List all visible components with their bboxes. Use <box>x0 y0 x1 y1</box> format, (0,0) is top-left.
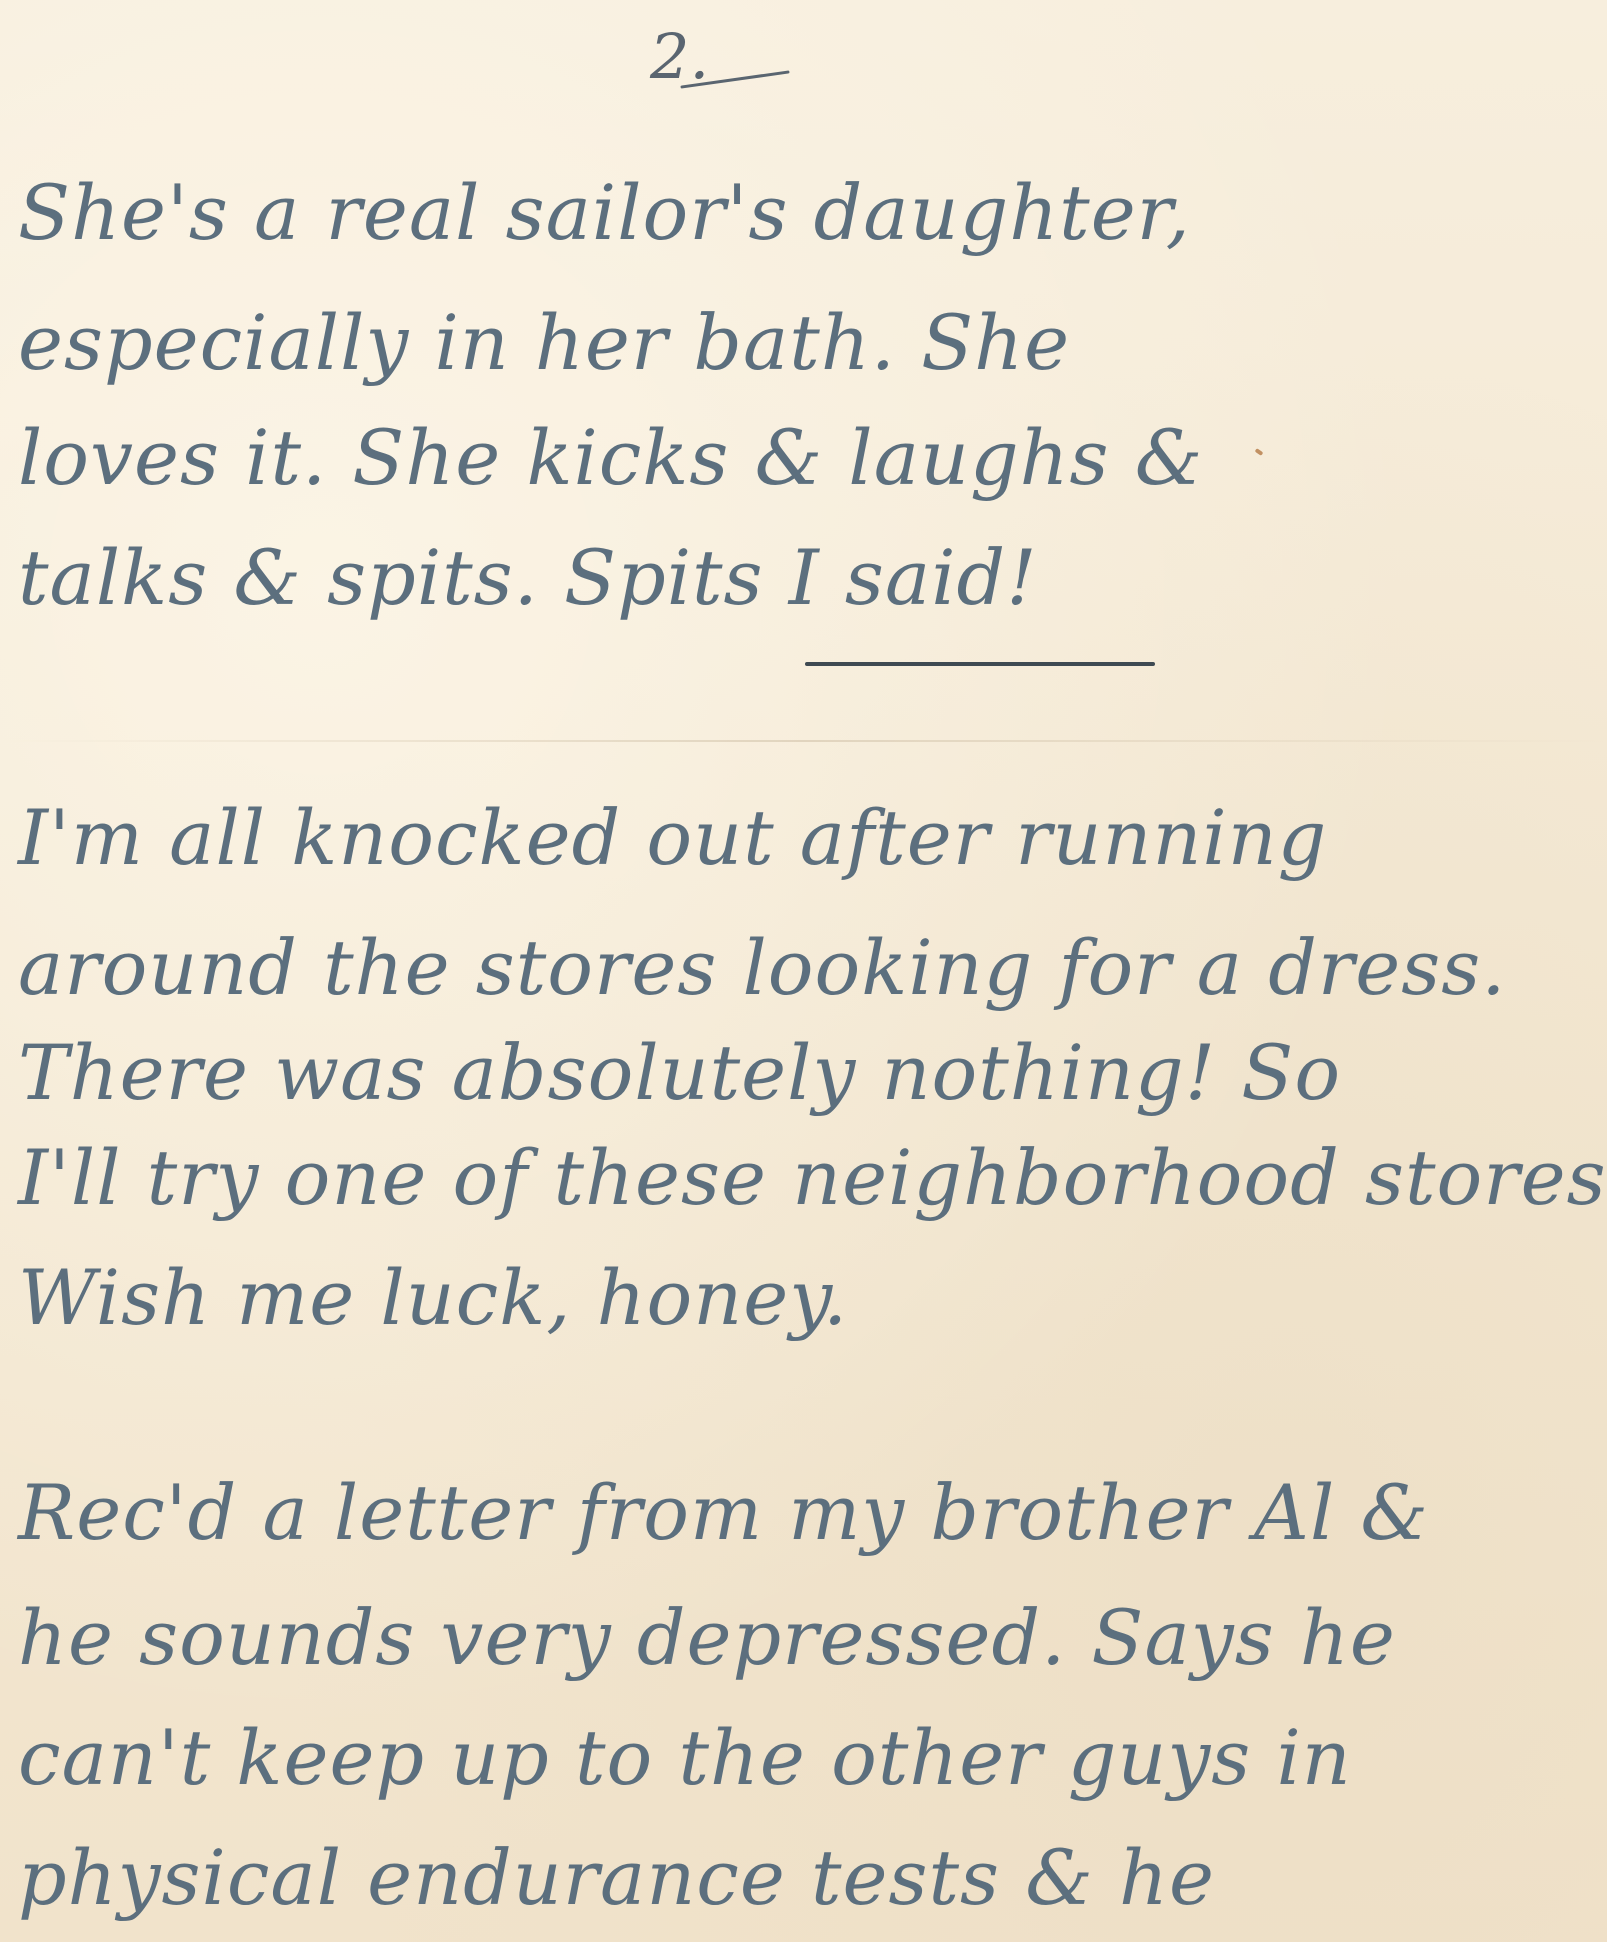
letter-line: I'll try one of these neighborhood store… <box>18 1140 1587 1216</box>
letter-line: I'm all knocked out after running <box>18 800 1587 876</box>
letter-line: especially in her bath. She <box>18 305 1587 381</box>
letter-line: talks & spits. Spits I said! <box>18 540 1587 616</box>
letter-line: he sounds very depressed. Says he <box>18 1600 1587 1676</box>
paper-fold <box>0 740 1607 742</box>
letter-line: around the stores looking for a dress. <box>18 930 1587 1006</box>
letter-page: 2. She's a real sailor's daughter, espec… <box>0 0 1607 1942</box>
letter-line: can't keep up to the other guys in <box>18 1720 1587 1796</box>
letter-line: There was absolutely nothing! So <box>18 1035 1587 1111</box>
letter-line: Wish me luck, honey. <box>18 1260 1587 1336</box>
emphasis-underline <box>805 662 1155 666</box>
letter-line: She's a real sailor's daughter, <box>18 175 1587 251</box>
letter-line: Rec'd a letter from my brother Al & <box>18 1475 1587 1551</box>
letter-line: loves it. She kicks & laughs & <box>18 420 1587 496</box>
letter-line: physical endurance tests & he <box>18 1840 1587 1916</box>
